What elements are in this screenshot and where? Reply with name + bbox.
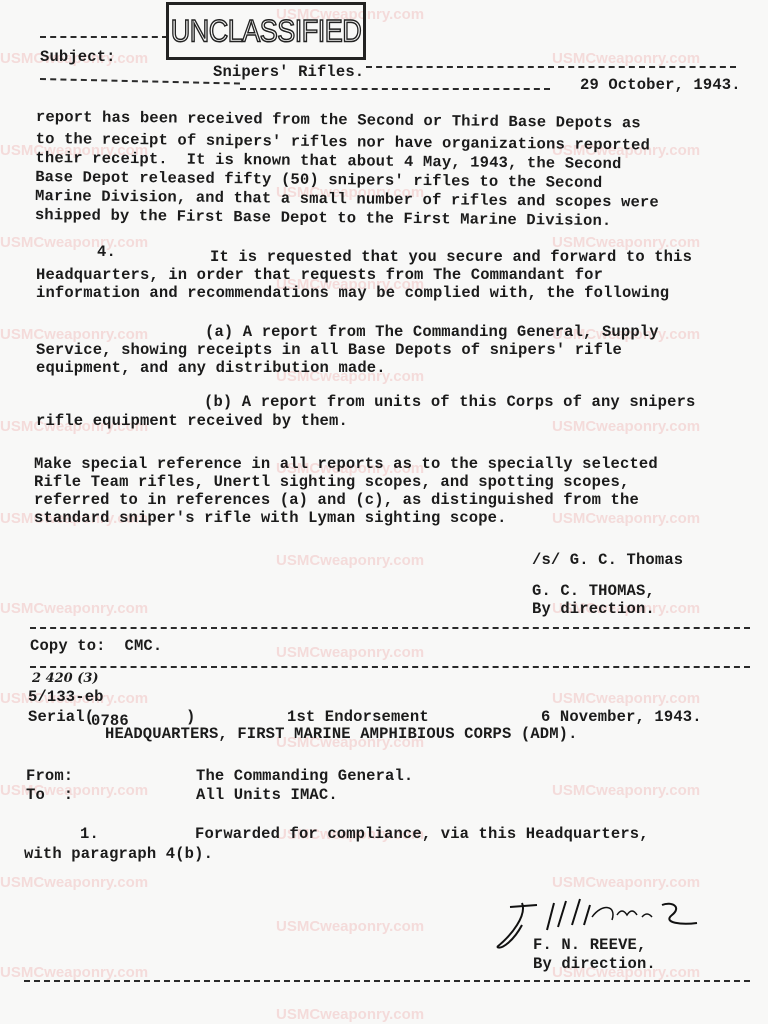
special-reference-line: Make special reference in all reports as… [34,455,658,473]
section-rule [30,666,750,668]
special-reference-line: standard sniper's rifle with Lyman sight… [34,509,507,527]
special-reference-line: Rifle Team rifles, Unertl sighting scope… [34,473,629,491]
file-reference: 5/133-eb [28,688,104,706]
to-value: All Units IMAC. [196,786,338,804]
subject-text: Snipers' Rifles. [213,63,364,81]
item-b-line: rifle equipment received by them. [36,412,348,430]
watermark: USMCweaponry.com [276,644,424,661]
endorsement-para-line: with paragraph 4(b). [24,845,213,863]
watermark: USMCweaponry.com [0,964,148,981]
endorsement-signer: F. N. REEVE, [533,936,646,954]
serial-close: ) [186,708,195,726]
header-rule [240,88,550,90]
watermark: USMCweaponry.com [552,874,700,891]
paragraph-4-line: information and recommendations may be c… [36,284,669,302]
serial-label: Serial( [28,708,94,726]
endorsement-para-number: 1. [80,825,99,843]
watermark: USMCweaponry.com [552,50,700,67]
section-rule [24,980,750,982]
header-rule [40,36,168,38]
watermark: USMCweaponry.com [0,874,148,891]
watermark: USMCweaponry.com [276,918,424,935]
subject-label: Subject: [40,48,116,66]
unclassified-stamp: UNCLASSIFIED [166,2,366,60]
header-rule [40,78,240,85]
watermark: USMCweaponry.com [0,234,148,251]
signature-s: /s/ G. C. Thomas [532,551,683,569]
watermark: USMCweaponry.com [552,782,700,799]
watermark: USMCweaponry.com [552,690,700,707]
section-rule [30,627,750,629]
paragraph-4-number: 4. [97,243,116,261]
from-value: The Commanding General. [196,767,413,785]
from-label: From: [26,767,73,785]
watermark: USMCweaponry.com [0,600,148,617]
paragraph-4-line: Headquarters, in order that requests fro… [36,266,603,284]
handwritten-note: 2 420 (3) [32,671,99,686]
item-a-line: Service, showing receipts in all Base De… [36,341,622,359]
watermark: USMCweaponry.com [552,510,700,527]
endorsement-date: 6 November, 1943. [541,708,702,726]
endorsement-para-line: Forwarded for compliance, via this Headq… [195,825,649,843]
endorsement-hq: HEADQUARTERS, FIRST MARINE AMPHIBIOUS CO… [105,725,578,743]
watermark: USMCweaponry.com [276,552,424,569]
watermark: USMCweaponry.com [276,1006,424,1023]
item-b-line: (b) A report from units of this Corps of… [204,393,695,411]
special-reference-line: referred to in references (a) and (c), a… [34,491,639,509]
copy-to: Copy to: CMC. [30,637,162,655]
signer-title: By direction. [532,600,655,618]
watermark: USMCweaponry.com [0,782,148,799]
stamp-text: UNCLASSIFIED [171,13,362,49]
to-label: To : [26,786,73,804]
memo-date: 29 October, 1943. [580,76,741,94]
item-a-line: (a) A report from The Commanding General… [205,323,659,341]
header-rule [366,66,736,68]
endorsement-title: 1st Endorsement [287,708,429,726]
signer-name: G. C. THOMAS, [532,582,655,600]
paragraph-4-line: It is requested that you secure and forw… [210,248,692,266]
endorsement-signer-title: By direction. [533,955,656,973]
item-a-line: equipment, and any distribution made. [36,359,386,377]
watermark: USMCweaponry.com [552,418,700,435]
document-page: USMCweaponry.com USMCweaponry.com USMCwe… [0,0,768,1024]
